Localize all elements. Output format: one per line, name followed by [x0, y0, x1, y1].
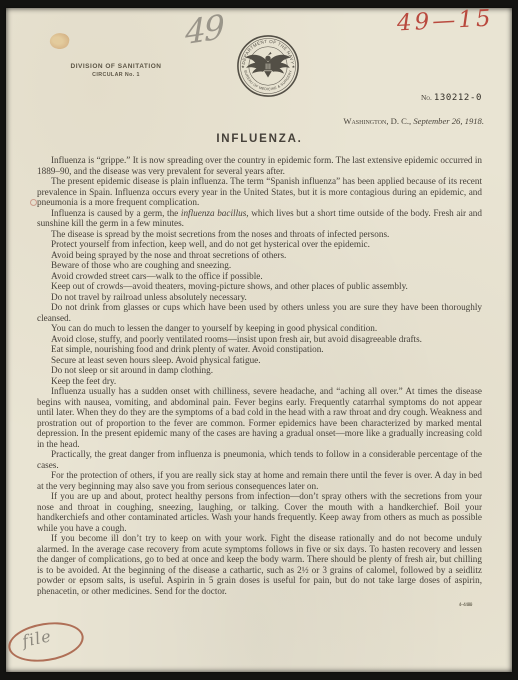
paragraph: You can do much to lessen the danger to … — [37, 323, 482, 334]
document-number-value: 130212-0 — [434, 93, 482, 103]
paragraph: Avoid crowded street cars—walk to the of… — [37, 271, 482, 282]
paragraph: Influenza is “grippe.” It is now spreadi… — [37, 155, 482, 176]
document-body: Influenza is “grippe.” It is now spreadi… — [37, 155, 482, 596]
paragraph: Secure at least seven hours sleep. Avoid… — [37, 355, 482, 366]
paragraph: Do not sleep or sit around in damp cloth… — [37, 365, 482, 376]
seal-star-right: ★ — [292, 65, 296, 69]
file-annotation: file — [8, 621, 86, 661]
scanned-document-page: 49 49—15 DIVISION OF SANITATION CIRCULAR… — [6, 8, 512, 672]
paragraph: Protect yourself from infection, keep we… — [37, 239, 482, 250]
paragraph: Keep out of crowds—avoid theaters, movin… — [37, 281, 482, 292]
paragraph-italic-text: influenza bacillus, — [181, 208, 249, 218]
paragraph: Keep the feet dry. — [37, 376, 482, 387]
circular-number: CIRCULAR No. 1 — [46, 72, 186, 78]
paragraph: Do not travel by railroad unless absolut… — [37, 292, 482, 303]
seal-star-left: ★ — [241, 65, 245, 69]
paragraph: Avoid being sprayed by the nose and thro… — [37, 250, 482, 261]
dateline: Washington, D. C., September 26, 1918. — [343, 116, 484, 126]
printer-code-mark: 4—4480 — [459, 603, 472, 608]
division-name: DIVISION OF SANITATION — [46, 63, 186, 70]
navy-bureau-medicine-surgery-seal: DEPARTMENT OF THE NAVY BUREAU OF MEDICIN… — [236, 34, 300, 98]
paragraph: The disease is spread by the moist secre… — [37, 229, 482, 240]
dateline-place: Washington, D. C., — [343, 116, 411, 126]
paragraph: The present epidemic disease is plain in… — [37, 176, 482, 208]
dateline-date: September 26, 1918. — [413, 116, 484, 126]
paragraph: Do not drink from glasses or cups which … — [37, 302, 482, 323]
margin-circle-mark — [30, 199, 37, 206]
eagle-icon — [245, 52, 291, 78]
division-heading: DIVISION OF SANITATION CIRCULAR No. 1 — [46, 63, 186, 78]
paper-stain — [49, 31, 71, 51]
paragraph: If you become ill don’t try to keep on w… — [37, 533, 482, 596]
paragraph: Beware of those who are coughing and sne… — [37, 260, 482, 271]
paragraph: Avoid close, stuffy, and poorly ventilat… — [37, 334, 482, 345]
paragraph-text: Influenza is caused by a germ, the — [51, 208, 181, 218]
red-file-number-annotation: 49—15 — [397, 5, 495, 36]
document-number-label: No. — [421, 93, 432, 102]
paragraph: Influenza is caused by a germ, the influ… — [37, 208, 482, 229]
document-number: No. 130212-0 — [421, 93, 482, 103]
paragraph: Influenza usually has a sudden onset wit… — [37, 386, 482, 449]
pencil-annotation-number: 49 — [185, 7, 223, 52]
paragraph: For the protection of others, if you are… — [37, 470, 482, 491]
paragraph: Practically, the great danger from influ… — [37, 449, 482, 470]
paragraph: Eat simple, nourishing food and drink pl… — [37, 344, 482, 355]
page-title: INFLUENZA. — [37, 133, 482, 145]
paragraph: If you are up and about, protect healthy… — [37, 491, 482, 533]
